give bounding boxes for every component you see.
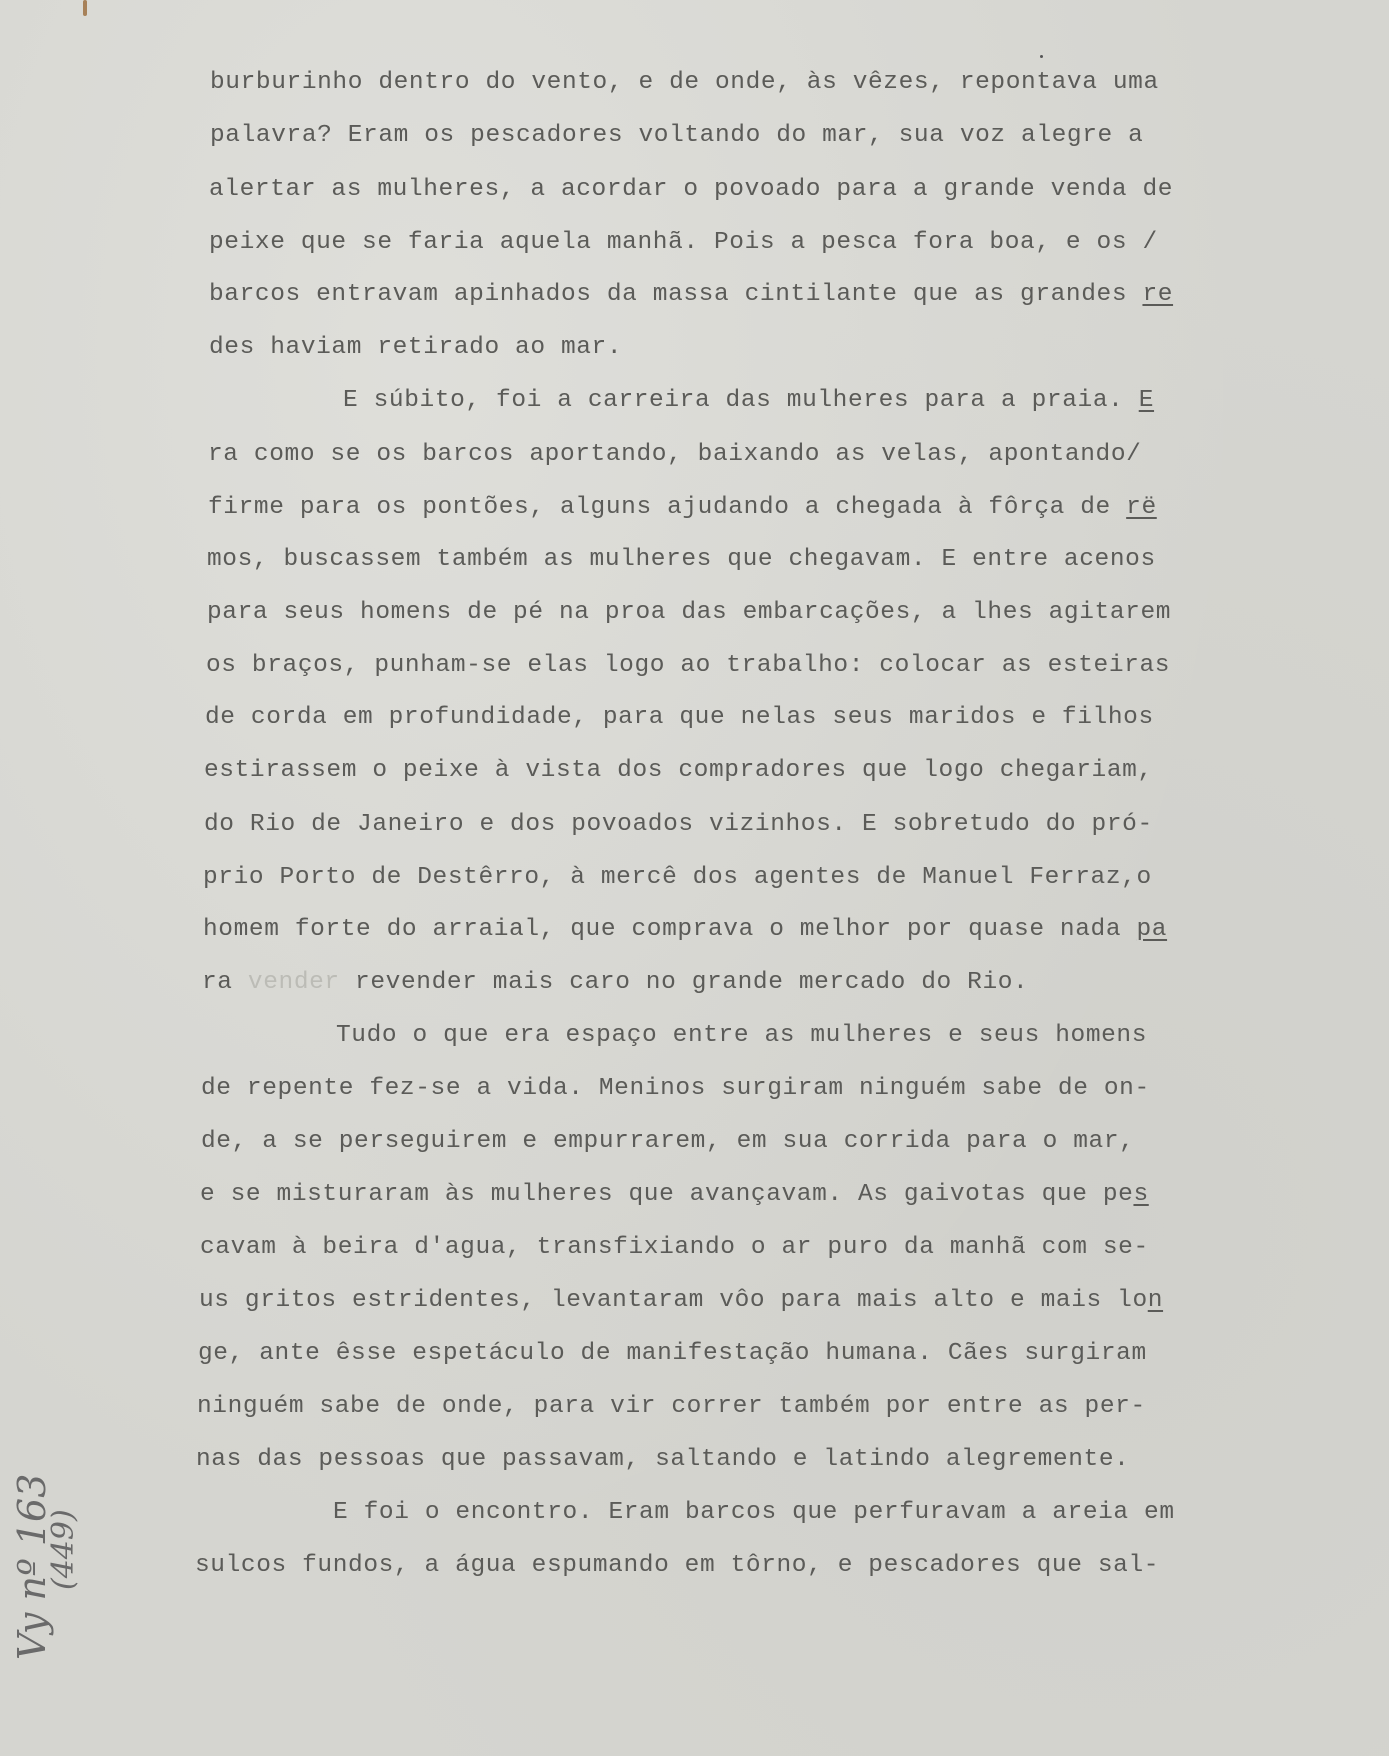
text-line: homem forte do arraial, que comprava o m… <box>203 915 1167 945</box>
text-line: e se misturaram às mulheres que avançava… <box>200 1180 1149 1210</box>
line-text: do Rio de Janeiro e dos povoados vizinho… <box>204 811 1153 838</box>
line-ul: n <box>1148 1287 1163 1314</box>
text-line: palavra? Eram os pescadores voltando do … <box>210 121 1143 151</box>
line-text: estirassem o peixe à vista dos comprador… <box>204 757 1153 784</box>
text-line: para seus homens de pé na proa das embar… <box>207 598 1171 628</box>
text-line: estirassem o peixe à vista dos comprador… <box>204 756 1153 786</box>
line-pre: firme para os pontões, alguns ajudando a… <box>208 494 1126 521</box>
text-line: ra vender revender mais caro no grande m… <box>202 968 1028 998</box>
line-text: alertar as mulheres, a acordar o povoado… <box>209 176 1173 203</box>
text-line: peixe que se faria aquela manhã. Pois a … <box>209 228 1158 258</box>
text-line: os braços, punham-se elas logo ao trabal… <box>206 651 1170 681</box>
line-pre: ra <box>202 969 248 996</box>
handwritten-margin-annotation: Vy nº 163 (449) <box>10 1474 81 1660</box>
text-line: de corda em profundidade, para que nelas… <box>205 703 1154 733</box>
line-text: peixe que se faria aquela manhã. Pois a … <box>209 229 1158 256</box>
text-line: mos, buscassem também as mulheres que ch… <box>207 545 1156 575</box>
line-post: revender mais caro no grande mercado do … <box>340 969 1029 996</box>
line-text: mos, buscassem também as mulheres que ch… <box>207 546 1156 573</box>
line-pre: E súbito, foi a carreira das mulheres pa… <box>343 387 1139 414</box>
text-line: alertar as mulheres, a acordar o povoado… <box>209 175 1173 205</box>
line-text: prio Porto de Destêrro, à mercê dos agen… <box>203 864 1152 891</box>
text-line: E súbito, foi a carreira das mulheres pa… <box>343 386 1154 416</box>
text-line: do Rio de Janeiro e dos povoados vizinho… <box>204 810 1153 840</box>
typewritten-text-body: burburinho dentro do vento, e de onde, à… <box>0 0 1389 1756</box>
line-ul: rë <box>1126 494 1157 521</box>
line-text: de repente fez-se a vida. Meninos surgir… <box>201 1075 1150 1102</box>
text-line: ra como se os barcos aportando, baixando… <box>208 440 1141 470</box>
text-line: prio Porto de Destêrro, à mercê dos agen… <box>203 863 1152 893</box>
line-text: palavra? Eram os pescadores voltando do … <box>210 122 1143 149</box>
line-text: cavam à beira d'agua, transfixiando o ar… <box>200 1234 1149 1261</box>
text-line: firme para os pontões, alguns ajudando a… <box>208 493 1157 523</box>
line-text: des haviam retirado ao mar. <box>209 334 622 361</box>
line-text: os braços, punham-se elas logo ao trabal… <box>206 652 1170 679</box>
text-line: sulcos fundos, a água espumando em tôrno… <box>195 1551 1159 1581</box>
line-ul: s <box>1133 1181 1148 1208</box>
line-pre: us gritos estridentes, levantaram vôo pa… <box>199 1287 1148 1314</box>
line-text: sulcos fundos, a água espumando em tôrno… <box>195 1552 1159 1579</box>
line-text: nas das pessoas que passavam, saltando e… <box>196 1446 1129 1473</box>
text-line: de repente fez-se a vida. Meninos surgir… <box>201 1074 1150 1104</box>
text-line: E foi o encontro. Eram barcos que perfur… <box>333 1498 1175 1528</box>
line-pre: homem forte do arraial, que comprava o m… <box>203 916 1136 943</box>
text-line: ge, ante êsse espetáculo de manifestação… <box>198 1339 1147 1369</box>
text-line: barcos entravam apinhados da massa cinti… <box>209 280 1173 310</box>
line-text: ra como se os barcos aportando, baixando… <box>208 441 1141 468</box>
text-line: de, a se perseguirem e empurrarem, em su… <box>201 1127 1134 1157</box>
text-line: burburinho dentro do vento, e de onde, à… <box>210 68 1159 98</box>
line-text: E foi o encontro. Eram barcos que perfur… <box>333 1499 1175 1526</box>
line-ul: E <box>1139 387 1154 414</box>
line-text: para seus homens de pé na proa das embar… <box>207 599 1171 626</box>
text-line: des haviam retirado ao mar. <box>209 333 622 363</box>
text-line: nas das pessoas que passavam, saltando e… <box>196 1445 1129 1475</box>
line-text: burburinho dentro do vento, e de onde, à… <box>210 69 1159 96</box>
line-faint: vender <box>248 969 340 996</box>
manuscript-page: burburinho dentro do vento, e de onde, à… <box>0 0 1389 1756</box>
line-text: ninguém sabe de onde, para vir correr ta… <box>197 1393 1146 1420</box>
line-text: de, a se perseguirem e empurrarem, em su… <box>201 1128 1134 1155</box>
text-line: Tudo o que era espaço entre as mulheres … <box>336 1021 1147 1051</box>
text-line: ninguém sabe de onde, para vir correr ta… <box>197 1392 1146 1422</box>
line-ul: re <box>1142 281 1173 308</box>
line-ul: pa <box>1136 916 1167 943</box>
line-text: ge, ante êsse espetáculo de manifestação… <box>198 1340 1147 1367</box>
line-pre: barcos entravam apinhados da massa cinti… <box>209 281 1142 308</box>
text-line: cavam à beira d'agua, transfixiando o ar… <box>200 1233 1149 1263</box>
line-pre: e se misturaram às mulheres que avançava… <box>200 1181 1133 1208</box>
line-text: Tudo o que era espaço entre as mulheres … <box>336 1022 1147 1049</box>
text-line: us gritos estridentes, levantaram vôo pa… <box>199 1286 1163 1316</box>
line-text: de corda em profundidade, para que nelas… <box>205 704 1154 731</box>
